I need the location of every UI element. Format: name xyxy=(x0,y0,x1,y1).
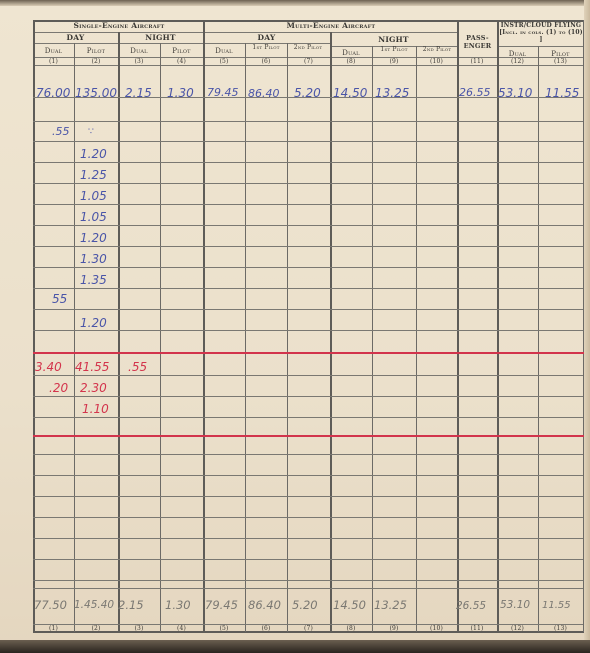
entry-1-col2: ∵ xyxy=(88,125,94,139)
red-entry-2-col2: 2.30 xyxy=(80,381,107,395)
header-bottom-line xyxy=(33,65,583,66)
row-line xyxy=(33,375,583,376)
row-line xyxy=(33,559,583,560)
total-col7: 5.20 xyxy=(292,598,318,612)
bf-col9: 13.25 xyxy=(375,86,409,100)
entry-3-col2: 1.25 xyxy=(80,168,107,182)
se-night-header: NIGHT xyxy=(118,34,203,42)
vline xyxy=(118,32,120,632)
se-day-header: DAY xyxy=(33,34,118,42)
entry-2-col2: 1.20 xyxy=(80,147,107,161)
row-line xyxy=(33,454,583,455)
col3-label: Dual xyxy=(118,47,160,55)
bf-col5: 79.45 xyxy=(207,86,239,100)
entry-5-col2: 1.05 xyxy=(80,210,107,224)
col8-label: Dual xyxy=(330,49,372,57)
row-line xyxy=(33,496,583,497)
footer-num-11: (11) xyxy=(457,625,497,633)
vline xyxy=(372,46,373,632)
header-label-line-c xyxy=(497,46,583,47)
row-line xyxy=(33,517,583,518)
instr-cloud-header: INSTR/CLOUD FLYING [Incl. in cols. (1) t… xyxy=(499,22,583,43)
me-day-header: DAY xyxy=(203,34,330,42)
vline xyxy=(457,20,459,632)
total-col8: 14.50 xyxy=(333,598,366,612)
multi-engine-header: Multi-Engine Aircraft xyxy=(205,22,457,30)
total-col9: 13.25 xyxy=(374,598,407,612)
footer-num-5: (5) xyxy=(203,625,245,633)
footer-num-4: (4) xyxy=(160,625,203,633)
col4-label: Pilot xyxy=(160,47,203,55)
red-entry-1-col1: 3.40 xyxy=(35,360,62,374)
passenger-header: PASS-ENGER xyxy=(458,34,497,50)
row-line xyxy=(33,225,583,226)
header-sub-line xyxy=(33,32,457,33)
footer-num-3: (3) xyxy=(118,625,160,633)
total-col5: 79.45 xyxy=(205,598,238,612)
row-line xyxy=(33,121,583,122)
single-engine-header: Single-Engine Aircraft xyxy=(35,22,203,30)
bf-col1: 76.00 xyxy=(36,86,70,100)
entry-4-col2: 1.05 xyxy=(80,189,107,203)
row-line xyxy=(33,162,583,163)
total-col1: 77.50 xyxy=(34,598,67,612)
row-line xyxy=(33,267,583,268)
red-entry-3-col2: 1.10 xyxy=(82,402,109,416)
vline-right xyxy=(583,20,584,632)
vline xyxy=(74,43,75,632)
vline xyxy=(203,20,205,632)
row-line xyxy=(33,183,583,184)
footer-num-12: (12) xyxy=(497,625,538,633)
col1-label: Dual xyxy=(33,47,74,55)
header-label-line-a xyxy=(33,43,330,44)
footer-num-1: (1) xyxy=(33,625,74,633)
entry-7-col2: 1.30 xyxy=(80,252,107,266)
total-col3: 2.15 xyxy=(118,598,144,612)
col5-label: Dual xyxy=(203,47,245,55)
col6-label: 1st Pilot xyxy=(249,44,283,51)
total-col2: 1.45.40 xyxy=(74,598,114,612)
bf-col3: 2.15 xyxy=(125,86,152,100)
footer-num-2: (2) xyxy=(74,625,118,633)
page-top-edge xyxy=(0,0,590,6)
entry-6-col2: 1.20 xyxy=(80,231,107,245)
total-col6: 86.40 xyxy=(248,598,281,612)
vline xyxy=(497,20,499,632)
bf-col11: 26.55 xyxy=(459,86,491,100)
col2-label: Pilot xyxy=(74,47,118,55)
row-line xyxy=(33,588,583,589)
footer-num-13: (13) xyxy=(538,625,583,633)
footer-num-8: (8) xyxy=(330,625,372,633)
footer-num-7: (7) xyxy=(287,625,330,633)
row-line xyxy=(33,538,583,539)
vline xyxy=(160,43,161,632)
red-rule-top xyxy=(33,352,584,354)
entry-1-col1: .55 xyxy=(52,125,70,139)
red-entry-2-col1: .20 xyxy=(49,381,68,395)
row-line xyxy=(33,475,583,476)
vline xyxy=(245,43,246,632)
vline xyxy=(287,43,288,632)
row-line xyxy=(33,309,583,310)
bf-col6: 86.40 xyxy=(248,87,280,101)
page-right-edge xyxy=(584,0,590,653)
total-col13: 11.55 xyxy=(542,599,571,613)
bf-col13: 11.55 xyxy=(545,86,579,100)
total-col4: 1.30 xyxy=(165,598,191,612)
total-col11: 26.55 xyxy=(456,599,486,613)
entry-8-col2: 1.35 xyxy=(80,273,107,287)
col9-label: 1st Pilot xyxy=(376,46,412,53)
page-bottom-edge xyxy=(0,640,590,653)
bf-col12: 53.10 xyxy=(498,86,532,100)
vline xyxy=(416,46,417,632)
col7-label: 2nd Pilot xyxy=(291,44,325,51)
footer-num-6: (6) xyxy=(245,625,287,633)
bf-col8: 14.50 xyxy=(333,86,367,100)
row-line xyxy=(33,330,583,331)
bf-col2: 135.00 xyxy=(75,86,117,100)
vline xyxy=(330,32,332,632)
footer-num-9: (9) xyxy=(372,625,416,633)
vline-left xyxy=(33,20,35,632)
row-line xyxy=(33,141,583,142)
red-entry-1-col2: 41.55 xyxy=(75,360,109,374)
total-col12: 53.10 xyxy=(500,598,530,612)
bf-col4: 1.30 xyxy=(167,86,194,100)
vline xyxy=(538,46,539,632)
row-line xyxy=(33,288,583,289)
red-rule-bottom xyxy=(33,435,584,437)
row-line xyxy=(33,417,583,418)
footer-num-10: (10) xyxy=(416,625,457,633)
row-line xyxy=(33,246,583,247)
entry-10-col2: 1.20 xyxy=(80,316,107,330)
bf-col7: 5.20 xyxy=(294,86,321,100)
row-line xyxy=(33,204,583,205)
logbook-page: Single-Engine Aircraft Multi-Engine Airc… xyxy=(0,0,590,653)
row-line xyxy=(33,580,583,581)
entry-9-col1: 55 xyxy=(52,292,67,306)
col10-label: 2nd Pilot xyxy=(420,46,454,53)
red-entry-1-col3: .55 xyxy=(128,360,147,374)
row-line xyxy=(33,396,583,397)
me-night-header: NIGHT xyxy=(330,36,457,44)
